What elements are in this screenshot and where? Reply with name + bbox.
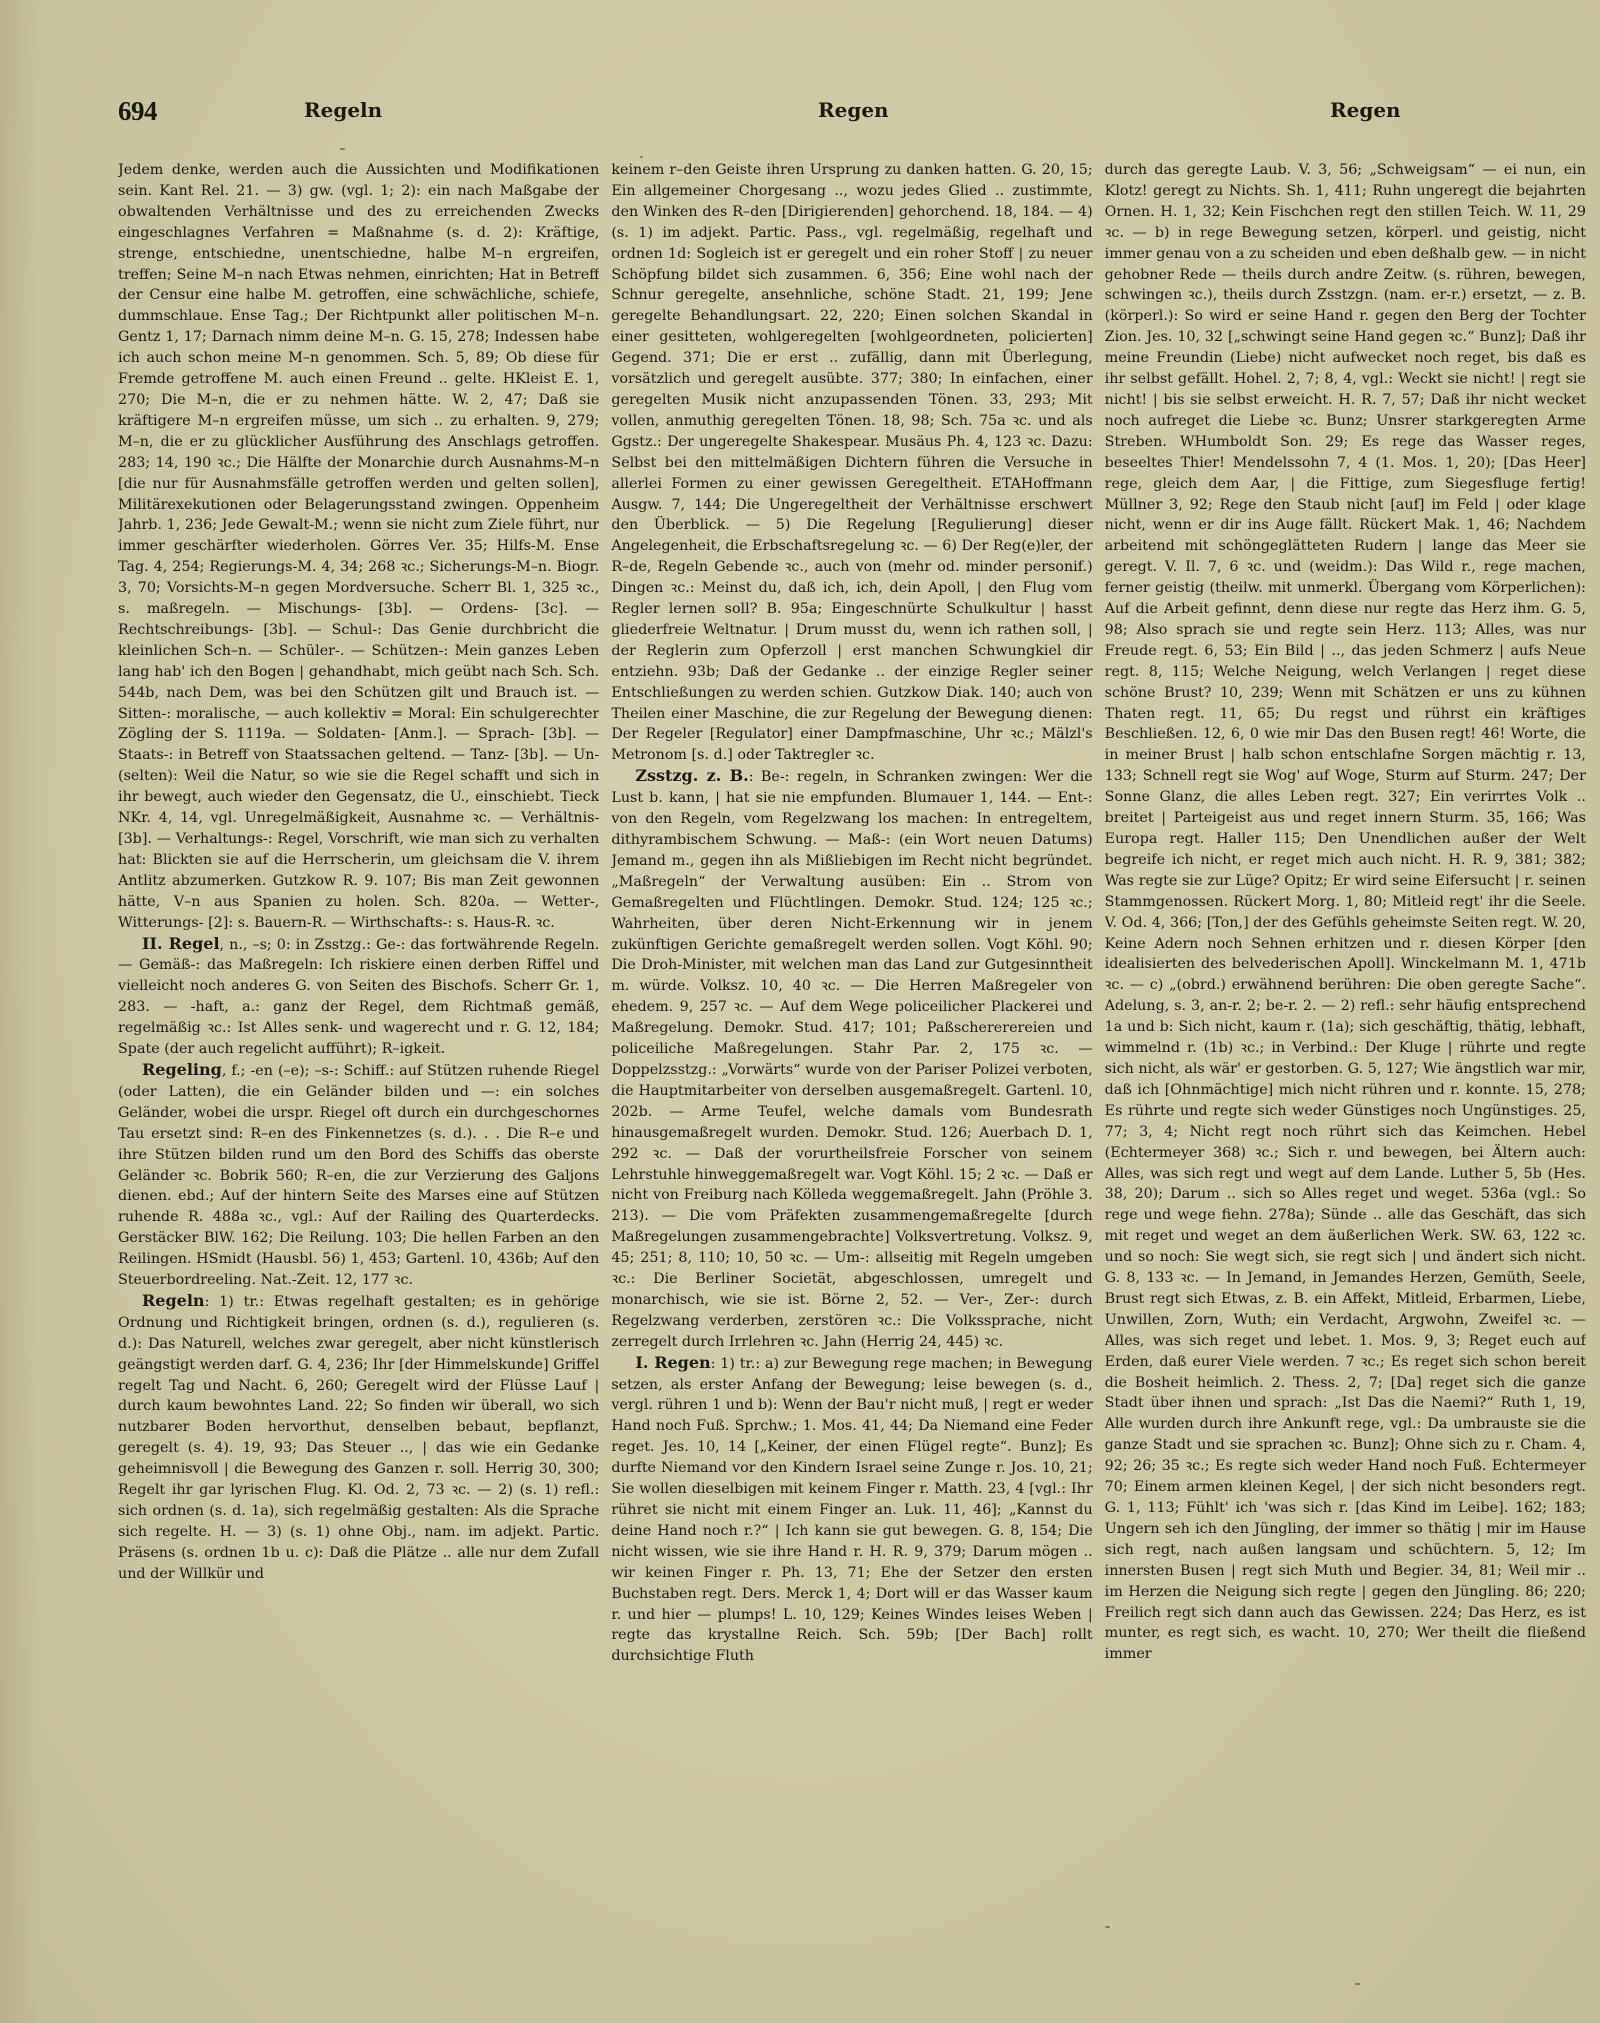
entry-text: , n., –s; 0: in Zsstzg.: Ge-: das fortwä…: [118, 937, 599, 1058]
dictionary-entry: II. Regel, n., –s; 0: in Zsstzg.: Ge-: d…: [118, 934, 599, 1060]
running-head-right: Regen: [1330, 98, 1401, 122]
entry-text: : 1) tr.: a) zur Bewegung rege machen; i…: [611, 1356, 1092, 1665]
text-columns: Jedem denke, werden auch die Aussichten …: [118, 160, 1586, 1900]
paper-speck: [640, 156, 643, 158]
dictionary-entry: Regeln: 1) tr.: Etwas regelhaft gestalte…: [118, 1291, 599, 1585]
entry-text: : Be-: regeln, in Schranken zwingen: Wer…: [611, 769, 1092, 1349]
column-middle: keinem r–den Geiste ihren Ursprung zu da…: [611, 160, 1092, 1900]
headword: Regeln: [142, 1291, 205, 1310]
column-left: Jedem denke, werden auch die Aussichten …: [118, 160, 599, 1900]
dictionary-entry: Regeling, f.; -en (–e); –s-: Schiff.: au…: [118, 1060, 599, 1291]
page-header: 694 Regeln Regen Regen: [118, 96, 1586, 136]
headword: I. Regen: [635, 1353, 710, 1372]
running-head-left: Regeln: [304, 98, 382, 122]
headword: II. Regel: [142, 934, 220, 953]
dictionary-entry: Zsstzg. z. B.: Be-: regeln, in Schranken…: [611, 766, 1092, 1352]
entry-continuation: keinem r–den Geiste ihren Ursprung zu da…: [611, 160, 1092, 766]
headword: Zsstzg. z. B.: [635, 766, 748, 785]
entry-text: durch das geregte Laub. V. 3, 56; „Schwe…: [1105, 162, 1586, 1662]
dictionary-page: 694 Regeln Regen Regen Jedem denke, werd…: [0, 0, 1600, 2023]
entry-continuation: Jedem denke, werden auch die Aussichten …: [118, 160, 599, 934]
dictionary-entry: I. Regen: 1) tr.: a) zur Bewegung rege m…: [611, 1353, 1092, 1668]
paper-speck: [340, 148, 345, 150]
entry-text: keinem r–den Geiste ihren Ursprung zu da…: [611, 162, 1092, 763]
headword: Regeling: [142, 1060, 222, 1079]
entry-text: Jedem denke, werden auch die Aussichten …: [118, 162, 599, 931]
paper-speck: [1355, 1983, 1360, 1985]
running-head-middle: Regen: [818, 98, 889, 122]
page-number: 694: [118, 96, 157, 127]
column-right: durch das geregte Laub. V. 3, 56; „Schwe…: [1105, 160, 1586, 1900]
paper-speck: [1105, 1926, 1110, 1928]
entry-text: , f.; -en (–e); –s-: Schiff.: auf Stütze…: [118, 1063, 599, 1288]
entry-continuation: durch das geregte Laub. V. 3, 56; „Schwe…: [1105, 160, 1586, 1665]
entry-text: : 1) tr.: Etwas regelhaft gestalten; es …: [118, 1294, 599, 1582]
